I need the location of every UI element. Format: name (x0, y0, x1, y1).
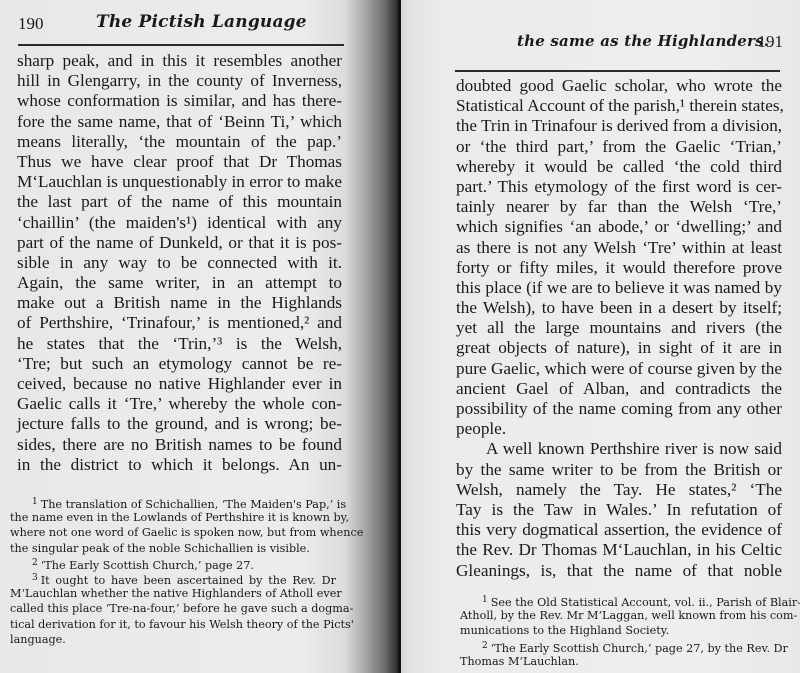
text-line: whose conformation is similar, and has t… (17, 91, 342, 111)
text-line: ancient Gael of Alban, and contradicts t… (456, 379, 782, 399)
text-line: in the district to which it belongs. An … (17, 455, 342, 475)
text-line: jecture falls to the ground, and is wron… (17, 414, 342, 434)
text-line: hill in Glengarry, in the county of Inve… (17, 71, 342, 91)
text-line: great objects of nature), in sight of it… (456, 338, 782, 358)
text-line: this place (if we are to believe it was … (456, 278, 782, 298)
text-line: possibility of the name coming from any … (456, 399, 782, 419)
text-line: part.’ This etymology of the first word … (456, 177, 782, 197)
footnote-text: called this place ‘Tre-na-four,’ before … (10, 601, 336, 616)
footnote-mark: 2 (482, 641, 488, 651)
book-spread: 190 The Pictish Language sharp peak, and… (0, 0, 800, 673)
text-line: Thus we have clear proof that Dr Thomas (17, 152, 342, 172)
text-line: by the same writer to be from the Britis… (456, 460, 782, 480)
running-head: The Pictish Language (96, 12, 307, 32)
text-line: Welsh, namely the Tay. He states,² ‘The (456, 480, 782, 500)
page-number: 190 (18, 14, 44, 34)
right-page: the same as the Highlanders. 191 doubted… (400, 0, 800, 673)
footnote-text: The translation of Schichallien, ‘The Ma… (41, 498, 346, 511)
footnote-text: It ought to have been ascertained by the… (41, 574, 336, 587)
text-line: Gleanings, is, that the name of that nob… (456, 561, 782, 581)
header-rule (18, 44, 344, 46)
text-line: yet all the large mountains and rivers (… (456, 318, 782, 338)
text-line: this very dogmatical assertion, the evid… (456, 520, 782, 540)
footnote-text: the singular peak of the noble Schichall… (10, 541, 336, 556)
footnote-text: ‘The Early Scottish Church,’ page 27. (41, 559, 254, 572)
footnote-mark: 3 (32, 573, 38, 583)
text-line: part of the name of Dunkeld, or that it … (17, 233, 342, 253)
text-line: of Perthshire, ‘Trinafour,’ is mentioned… (17, 313, 342, 333)
text-line: A well known Perthshire river is now sai… (456, 439, 782, 459)
text-line: fore the same name, that of ‘Beinn Ti,’ … (17, 112, 342, 132)
text-line: sible in any way to be connected with it… (17, 253, 342, 273)
text-line: Again, the same writer, in an attempt to (17, 273, 342, 293)
footnote-1: 1See the Old Statistical Account, vol. i… (460, 593, 782, 639)
footnote-text: Atholl, by the Rev. Mr M‘Laggan, well kn… (460, 608, 782, 623)
body-text: doubted good Gaelic scholar, who wrote t… (456, 76, 782, 581)
text-line: means literally, ‘the mountain of the pa… (17, 132, 342, 152)
text-line: Statistical Account of the parish,¹ ther… (456, 96, 782, 116)
text-line: tainly nearer by far than the Welsh ‘Tre… (456, 197, 782, 217)
footnote-text: where not one word of Gaelic is spoken n… (10, 525, 336, 540)
text-line: as there is not any Welsh ‘Tre’ within a… (456, 238, 782, 258)
footnotes: 1The translation of Schichallien, ‘The M… (10, 495, 336, 647)
text-line: ‘Tre; but such an etymology cannot be re… (17, 354, 342, 374)
text-line: the last part of the name of this mounta… (17, 192, 342, 212)
text-line: pure Gaelic, which were of course given … (456, 359, 782, 379)
right-page-header: the same as the Highlanders. 191 (455, 28, 783, 58)
text-line: ‘chaillin’ (the maiden's¹) identical wit… (17, 213, 342, 233)
left-page-header: 190 The Pictish Language (16, 12, 344, 46)
text-line: sharp peak, and in this it resembles ano… (17, 51, 342, 71)
footnote-text: the name even in the Lowlands of Perthsh… (10, 510, 336, 525)
text-line: or ‘the third part,’ from the Gaelic ‘Tr… (456, 137, 782, 157)
running-head: the same as the Highlanders. (517, 32, 769, 50)
text-line: the Rev. Dr Thomas M‘Lauchlan, in his Ce… (456, 540, 782, 560)
text-line: people. (456, 419, 782, 439)
footnote-2: 2‘The Early Scottish Church,’ page 27, b… (460, 639, 782, 669)
text-line: sides, there are no British names to be … (17, 435, 342, 455)
text-line: ceived, because no native Highlander eve… (17, 374, 342, 394)
text-line: doubted good Gaelic scholar, who wrote t… (456, 76, 782, 96)
footnote-text: language. (10, 632, 336, 647)
footnote-mark: 2 (32, 558, 38, 568)
footnote-1: 1The translation of Schichallien, ‘The M… (10, 495, 336, 556)
footnote-text: Thomas M‘Lauchlan. (460, 654, 782, 669)
footnote-mark: 1 (32, 497, 38, 507)
footnote-text: M‘Lauchlan whether the native Highlander… (10, 586, 336, 601)
left-page: 190 The Pictish Language sharp peak, and… (0, 0, 400, 673)
text-line: whereby it would be called ‘the cold thi… (456, 157, 782, 177)
footnote-text: tical derivation for it, to favour his W… (10, 617, 336, 632)
page-number: 191 (758, 32, 784, 52)
text-line: forty or fifty miles, it would therefore… (456, 258, 782, 278)
text-line: Tay is the Taw in Wales.’ In refutation … (456, 500, 782, 520)
footnote-text: ‘The Early Scottish Church,’ page 27, by… (491, 642, 788, 655)
footnote-mark: 1 (482, 595, 488, 605)
text-line: Gaelic calls it ‘Tre,’ whereby the whole… (17, 394, 342, 414)
body-text: sharp peak, and in this it resembles ano… (17, 51, 342, 475)
footnote-3: 3It ought to have been ascertained by th… (10, 571, 336, 647)
text-line: make out a British name in the Highlands (17, 293, 342, 313)
header-rule (455, 70, 780, 72)
footnote-2: 2‘The Early Scottish Church,’ page 27. (10, 556, 336, 571)
text-line: he states that the ‘Trin,’³ is the Welsh… (17, 334, 342, 354)
text-line: the Welsh), to have been in a desert by … (456, 298, 782, 318)
book-gutter (398, 0, 401, 673)
footnote-text: See the Old Statistical Account, vol. ii… (491, 596, 800, 609)
footnote-text: munications to the Highland Society. (460, 623, 782, 638)
footnotes: 1See the Old Statistical Account, vol. i… (460, 593, 782, 669)
text-line: which signifies ‘an abode,’ or ‘dwelling… (456, 217, 782, 237)
text-line: M‘Lauchlan is unquestionably in error to… (17, 172, 342, 192)
text-line: the Trin in Trinafour is derived from a … (456, 116, 782, 136)
